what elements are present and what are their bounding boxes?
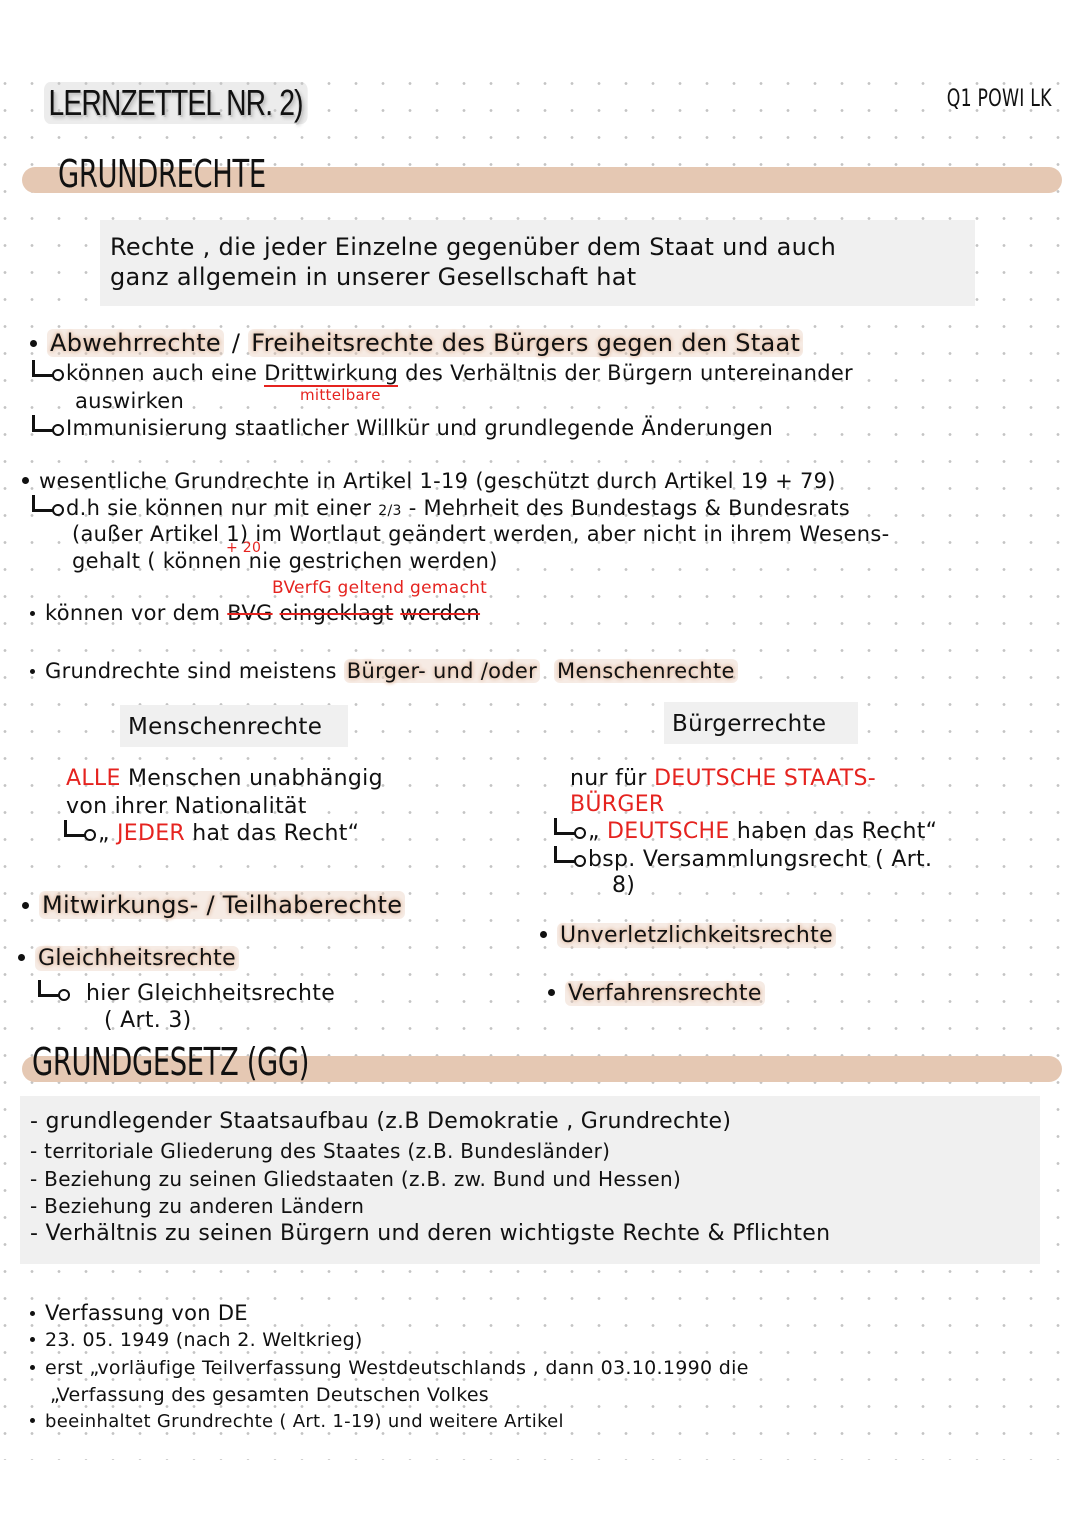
drittwirkung-line-cont: auswirken xyxy=(75,390,184,413)
menschenrechte-line-3: „ JEDER hat das Recht“ xyxy=(62,822,359,846)
bullet-icon xyxy=(30,340,37,347)
arrow-right-icon xyxy=(30,421,60,437)
arrow-right-icon xyxy=(552,852,582,868)
course-label: Q1 POWI LK xyxy=(947,84,1052,112)
mitwirkung-bullet: Mitwirkungs- / Teilhaberechte xyxy=(22,892,405,918)
gleichheit-sub-2: ( Art. 3) xyxy=(104,1009,192,1033)
buergerrechte-line-4: bsp. Versammlungsrecht ( Art. xyxy=(552,848,932,872)
buergerrechte-heading: Bürgerrechte xyxy=(672,712,826,737)
wesentliche-bullet: wesentliche Grundrechte in Artikel 1-19 … xyxy=(22,470,836,493)
gleichheit-bullet: Gleichheitsrechte xyxy=(18,947,239,971)
immunisierung-line: Immunisierung staatlicher Willkür und gr… xyxy=(30,417,773,440)
buergerrechte-line-1: nur für DEUTSCHE STAATS- xyxy=(570,767,876,791)
mehrheit-line: d.h sie können nur mit einer 2/3 - Mehrh… xyxy=(30,497,850,520)
bullet-icon xyxy=(22,902,29,909)
menschenrechte-line-2: von ihrer Nationalität xyxy=(66,795,307,819)
arrow-right-icon xyxy=(36,986,80,1002)
bullet-icon xyxy=(30,669,35,674)
buergerrechte-line-5: 8) xyxy=(612,874,635,898)
verfahren-bullet: Verfahrensrechte xyxy=(548,982,765,1006)
gg-item-1: - grundlegender Staatsaufbau (z.B Demokr… xyxy=(30,1110,731,1134)
bullet-icon xyxy=(30,1311,35,1316)
arrow-right-icon xyxy=(62,826,92,842)
buergerrechte-line-3: „ DEUTSCHE haben das Recht“ xyxy=(552,820,937,844)
wortlaut-line: (außer Artikel 1) im Wortlaut geändert w… xyxy=(72,523,889,546)
annotation-bverfg-correction: BVerfG geltend gemacht xyxy=(272,578,487,598)
gg-item-2: - territoriale Gliederung des Staates (z… xyxy=(30,1140,610,1162)
bullet-icon xyxy=(18,954,25,961)
section-heading-grundrechte: GRUNDRECHTE xyxy=(58,152,266,196)
bullet-icon xyxy=(548,989,555,996)
buergerrechte-line-2: BÜRGER xyxy=(570,793,665,817)
abwehrrechte-bullet: Abwehrrechte / Freiheitsrechte des Bürge… xyxy=(30,330,803,356)
section-heading-grundgesetz: GRUNDGESETZ (GG) xyxy=(32,1040,309,1084)
gg-bullet-3: erst „vorläufige Teilverfassung Westdeut… xyxy=(30,1358,749,1379)
bullet-icon xyxy=(540,931,547,938)
gg-bullet-1: Verfassung von DE xyxy=(30,1302,248,1325)
gg-bullet-2: 23. 05. 1949 (nach 2. Weltkrieg) xyxy=(30,1330,363,1351)
gg-item-5: - Verhältnis zu seinen Bürgern und deren… xyxy=(30,1222,830,1246)
menschenrechte-heading: Menschenrechte xyxy=(128,715,322,740)
gg-item-3: - Beziehung zu seinen Gliedstaaten (z.B.… xyxy=(30,1168,681,1190)
meistens-bullet: Grundrechte sind meistens Bürger- und /o… xyxy=(30,660,738,683)
wesensgehalt-line: gehalt ( können nie gestrichen werden) xyxy=(72,550,498,573)
menschenrechte-line-1: ALLE Menschen unabhängig xyxy=(66,767,383,791)
definition-line-1: Rechte , die jeder Einzelne gegenüber de… xyxy=(110,234,836,260)
gg-item-4: - Beziehung zu anderen Ländern xyxy=(30,1195,364,1217)
gleichheit-sub-1: hier Gleichheitsrechte xyxy=(36,982,335,1006)
bullet-icon xyxy=(22,477,29,484)
bullet-icon xyxy=(30,1418,35,1423)
bullet-icon xyxy=(30,1365,35,1370)
arrow-right-icon xyxy=(30,501,60,517)
klage-bullet: können vor dem BVG eingeklagt werden xyxy=(30,602,480,625)
unverletzlichkeit-bullet: Unverletzlichkeitsrechte xyxy=(540,924,836,948)
bullet-icon xyxy=(30,611,35,616)
gg-bullet-4: beeinhaltet Grundrechte ( Art. 1-19) und… xyxy=(30,1412,564,1432)
arrow-right-icon xyxy=(552,824,582,840)
page-title: LERNZETTEL NR. 2) xyxy=(44,82,307,124)
annotation-mittelbare: mittelbare xyxy=(300,386,381,404)
drittwirkung-line: können auch eine Drittwirkung des Verhäl… xyxy=(30,362,853,385)
annotation-plus-20: + 20 xyxy=(226,540,261,556)
definition-line-2: ganz allgemein in unserer Gesellschaft h… xyxy=(110,264,636,290)
arrow-right-icon xyxy=(30,366,60,382)
bullet-icon xyxy=(30,1337,35,1342)
gg-bullet-3-cont: „Verfassung des gesamten Deutschen Volke… xyxy=(50,1385,489,1406)
